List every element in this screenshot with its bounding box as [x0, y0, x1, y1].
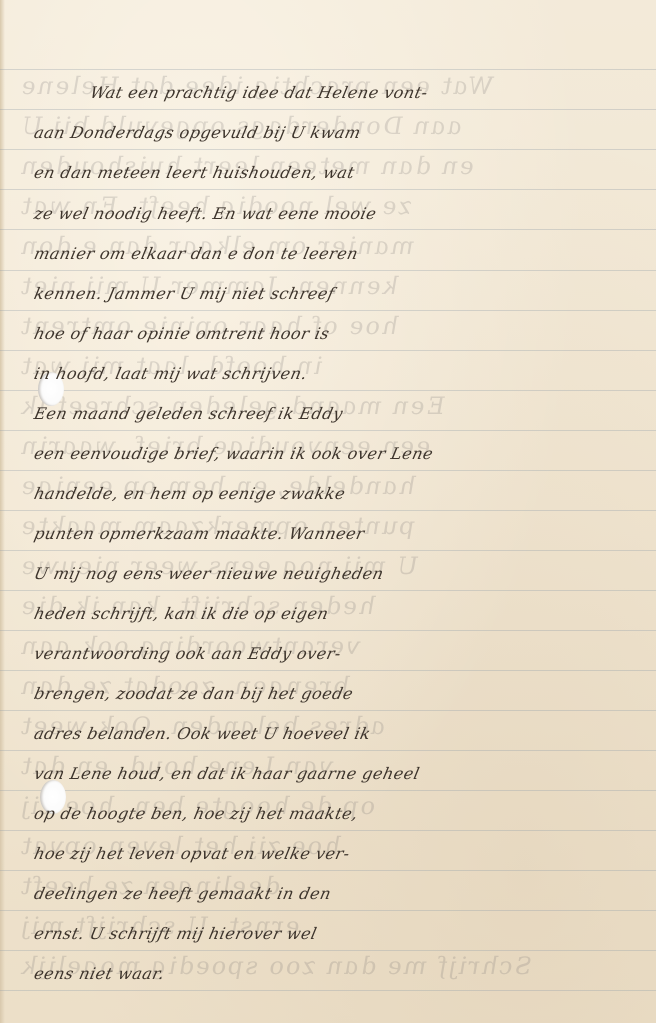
letter-line: aan Donderdags opgevuld bij U kwam — [30, 113, 649, 153]
letter-line: handelde, en hem op eenige zwakke — [30, 474, 649, 514]
letter-line: verantwoording ook aan Eddy over- — [30, 634, 649, 674]
letter-line: manier om elkaar dan e don te leeren — [30, 234, 649, 274]
letter-page: Wat een prachtig idee dat Helene aan Don… — [0, 0, 656, 1023]
letter-line: heden schrijft, kan ik die op eigen — [30, 594, 649, 634]
letter-body: Wat een prachtig idee dat Helene vont- a… — [0, 0, 656, 1023]
letter-line: op de hoogte ben, hoe zij het maakte, — [30, 794, 649, 834]
letter-line: ze wel noodig heeft. En wat eene mooie — [30, 194, 649, 234]
letter-line: deelingen ze heeft gemaakt in den — [30, 874, 649, 914]
letter-line: Een maand geleden schreef ik Eddy — [30, 394, 649, 434]
letter-line: van Lene houd, en dat ik haar gaarne geh… — [30, 754, 649, 794]
letter-line: en dan meteen leert huishouden, wat — [30, 153, 649, 193]
letter-line: U mij nog eens weer nieuwe neuigheden — [30, 554, 649, 594]
letter-line: hoe zij het leven opvat en welke ver- — [30, 834, 649, 874]
letter-line: eens niet waar. — [30, 954, 649, 994]
letter-line: een eenvoudige brief, waarin ik ook over… — [30, 434, 649, 474]
letter-line: adres belanden. Ook weet U hoeveel ik — [30, 714, 649, 754]
letter-line: ernst. U schrijft mij hierover wel — [30, 914, 649, 954]
letter-line: in hoofd, laat mij wat schrijven. — [30, 354, 649, 394]
letter-line: hoe of haar opinie omtrent hoor is — [30, 314, 649, 354]
letter-line: punten opmerkzaam maakte. Wanneer — [30, 514, 649, 554]
letter-line: kennen. Jammer U mij niet schreef — [30, 274, 649, 314]
letter-line: brengen, zoodat ze dan bij het goede — [30, 674, 649, 714]
letter-line: Wat een prachtig idee dat Helene vont- — [86, 73, 656, 113]
